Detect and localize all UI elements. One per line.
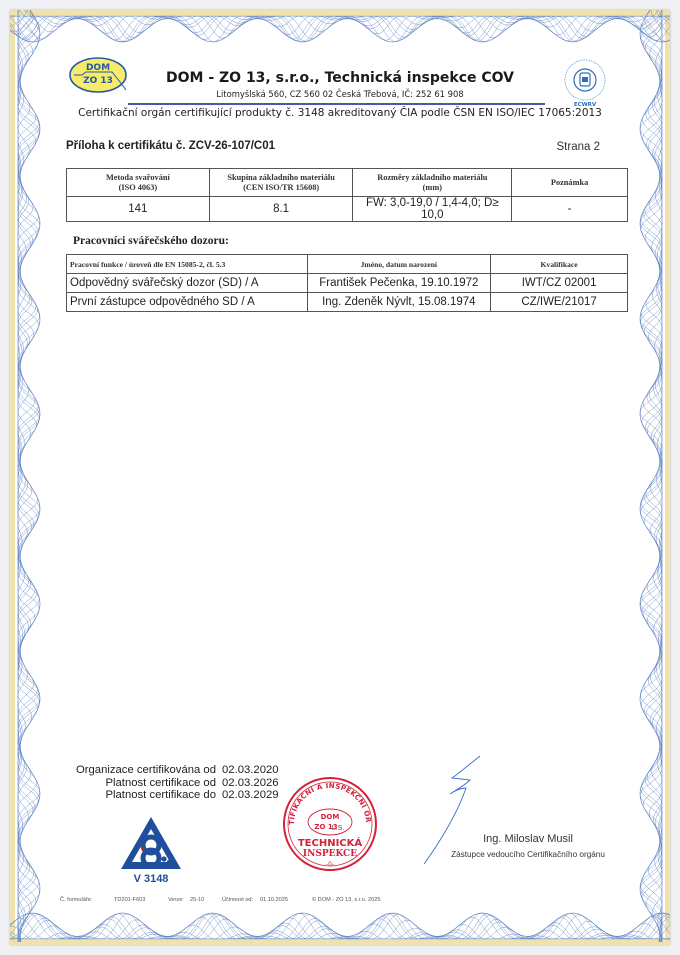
- footer-effective-value: 01.10.2025: [260, 897, 288, 903]
- table-row: 141 8.1 FW: 3,0-19,0 / 1,4-4,0; D≥ 10,0 …: [67, 197, 628, 222]
- header-name: Jméno, datum narození: [307, 255, 491, 274]
- svg-text:L.S.: L.S.: [332, 825, 345, 832]
- cell-function: První zástupce odpovědného SD / A: [67, 293, 308, 312]
- cell-name: Ing. Zdeněk Nývlt, 15.08.1974: [307, 293, 491, 312]
- validity-row: Organizace certifikována od02.03.2020: [60, 764, 279, 777]
- cia-accreditation-logo: V 3148: [118, 815, 184, 885]
- official-stamp: CERTIFIKAČNÍ A INSPEKČNÍ ORGÁN DOM ZO 13…: [282, 772, 378, 876]
- footer-version-value: 25-10: [190, 897, 204, 903]
- footer-form-value: TD201-F603: [114, 897, 145, 903]
- certificate-page: DOM ZO 13 ECWRV DOM - ZO 13, s.r.o., Tec…: [10, 10, 670, 945]
- cell-material-group: 8.1: [209, 197, 353, 222]
- validity-row: Platnost certifikace od02.03.2026: [60, 777, 279, 790]
- cell-qualification: IWT/CZ 02001: [491, 274, 628, 293]
- header-dimensions: Rozměry základního materiálu(mm): [353, 169, 512, 197]
- cell-function: Odpovědný svářečský dozor (SD) / A: [67, 274, 308, 293]
- cell-note: -: [512, 197, 628, 222]
- cell-dimensions: FW: 3,0-19,0 / 1,4-4,0; D≥ 10,0: [353, 197, 512, 222]
- company-name: DOM - ZO 13, s.r.o., Technická inspekce …: [10, 70, 670, 86]
- signer-role: Zástupce vedoucího Certifikačního orgánu: [428, 850, 628, 859]
- signer-name: Ing. Miloslav Musil: [428, 833, 628, 845]
- validity-dates: Organizace certifikována od02.03.2020 Pl…: [60, 764, 279, 802]
- svg-text:INSPEKCE: INSPEKCE: [303, 849, 357, 859]
- table-header-row: Metoda svařování(ISO 4063) Skupina zákla…: [67, 169, 628, 197]
- svg-text:-0-: -0-: [326, 861, 334, 868]
- header-note: Poznámka: [512, 169, 628, 197]
- company-address: Litomyšlská 560, CZ 560 02 Česká Třebová…: [10, 89, 670, 99]
- footer-version-label: Verze:: [168, 897, 184, 903]
- annex-title: Příloha k certifikátu č. ZCV-26-107/C01: [66, 140, 275, 152]
- cia-label: V 3148: [134, 873, 169, 885]
- validity-row: Platnost certifikace do02.03.2029: [60, 789, 279, 802]
- cell-method: 141: [67, 197, 210, 222]
- cell-qualification: CZ/IWE/21017: [491, 293, 628, 312]
- header-method: Metoda svařování(ISO 4063): [67, 169, 210, 197]
- welding-method-table: Metoda svařování(ISO 4063) Skupina zákla…: [66, 168, 628, 222]
- header-function: Pracovní funkce / úroveň dle EN 15085-2,…: [67, 255, 308, 274]
- page-number: Strana 2: [557, 141, 600, 153]
- footer-effective-label: Účinnost od:: [222, 897, 253, 903]
- header-qualification: Kvalifikace: [491, 255, 628, 274]
- table-row: Odpovědný svářečský dozor (SD) / A Frant…: [67, 274, 628, 293]
- header-divider: [128, 103, 545, 105]
- table-header-row: Pracovní funkce / úroveň dle EN 15085-2,…: [67, 255, 628, 274]
- svg-text:TECHNICKÁ: TECHNICKÁ: [298, 836, 363, 849]
- supervision-title: Pracovníci svářečského dozoru:: [73, 235, 229, 247]
- svg-text:DOM: DOM: [321, 813, 340, 821]
- supervision-table: Pracovní funkce / úroveň dle EN 15085-2,…: [66, 254, 628, 312]
- footer-form-label: Č. formuláře:: [60, 897, 92, 903]
- cell-name: František Pečenka, 19.10.1972: [307, 274, 491, 293]
- certification-body-text: Certifikační orgán certifikující produkt…: [10, 107, 670, 119]
- table-row: První zástupce odpovědného SD / A Ing. Z…: [67, 293, 628, 312]
- footer-copyright: © DOM - ZO 13, s.r.o. 2025: [312, 897, 380, 903]
- header-material-group: Skupina základního materiálu(CEN ISO/TR …: [209, 169, 353, 197]
